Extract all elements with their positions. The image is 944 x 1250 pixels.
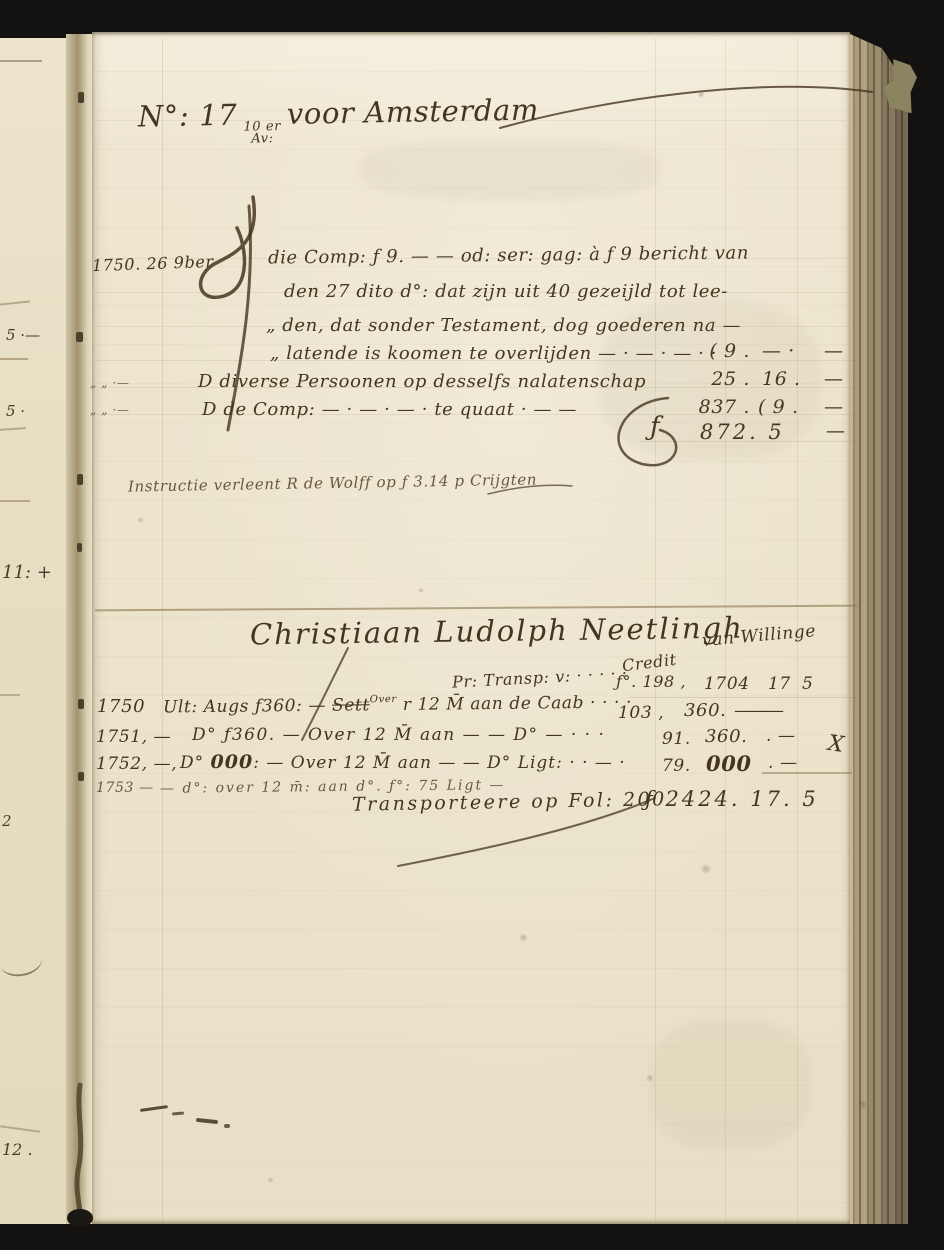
row-1752-desc-bold: 000 (211, 751, 254, 773)
transport-out-amount: ƒ 2424. 17. 5 (645, 787, 819, 811)
stain-spot (267, 1177, 274, 1183)
sliver-line (0, 694, 20, 696)
row-1750-desc1: Ult: Augs ƒ360: — (163, 696, 332, 718)
bleedthrough (600, 300, 820, 460)
sliver-fragment: 5 ·— (6, 326, 40, 344)
header-fraction: 10 erAv: (243, 121, 281, 146)
ink-smudge (224, 1124, 230, 1128)
row-1752-folio: 79. (662, 756, 691, 776)
row-1750-desc2: r 12 M̄ aan de Caab · · · · (397, 693, 633, 715)
row-1750-over-word: Over (370, 694, 397, 705)
row-1750-struck-word: Sett (332, 695, 370, 715)
sliver-line (0, 60, 42, 62)
row-1752-guilders: 000 (706, 751, 752, 776)
row-1752-desc-post: : — Over 12 M̄ aan — — D° Ligt: · · — · (253, 753, 625, 773)
stain-spot (137, 517, 144, 523)
account-title: Christiaan Ludolph Neetlingh (250, 611, 744, 652)
row-1750-folio: 103 , (618, 703, 664, 723)
binding-stitch (76, 332, 83, 342)
binding-stitch (77, 474, 83, 485)
row-transport-in-stuivers: 17 (768, 674, 791, 694)
header-number: N°: 17 (138, 98, 238, 134)
previous-page-sliver (0, 38, 66, 1224)
entry-line6: D de Comp: — · — · — · te quaat · — — (202, 399, 577, 420)
entry-total-dash: — (826, 420, 846, 442)
row-1751-date: 1751, — (96, 727, 171, 747)
amount-row-3-penningen: — (824, 396, 844, 418)
stain-spot (858, 1100, 868, 1109)
stain-spot (697, 91, 705, 98)
entry-margin-mark2: „ „ ·— (90, 403, 129, 417)
entry-line2: den 27 dito d°: dat zijn uit 40 gezeijld… (284, 281, 728, 302)
row-1751-desc: D° ƒ360. — Over 12 M̄ aan — — D° — · · · (192, 725, 605, 745)
entry-margin-mark1: „ „ ·— (90, 376, 129, 390)
margin-rule (162, 38, 163, 1222)
row-1752-desc: D° 000: — Over 12 M̄ aan — — D° Ligt: · … (180, 751, 626, 773)
row-1751-guilders: 360. (705, 726, 747, 747)
row-1750-date: 1750 (97, 696, 145, 717)
stain-spot (646, 1074, 654, 1082)
sliver-fragment: 5 · (6, 402, 25, 420)
binding-gutter (66, 34, 92, 1224)
sliver-line (0, 358, 28, 360)
amount-row-1-penningen: — (824, 340, 844, 362)
sliver-fragment: 12 . (2, 1140, 33, 1159)
bleedthrough (360, 140, 660, 200)
bleedthrough (650, 1020, 810, 1150)
binding-stitch (77, 543, 82, 552)
row-1752-date: 1752, —, (96, 754, 177, 774)
sliver-fragment: 11: + (2, 562, 52, 583)
row-1751-stuivers: . — (766, 726, 796, 746)
rule (630, 697, 856, 698)
row-1751-folio: 91. (662, 729, 691, 749)
entry-line5: D diverse Persoonen op desselfs nalatens… (198, 371, 646, 392)
ledger-scan: N°: 1710 erAv:voor Amsterdam 1750. 26 9b… (0, 0, 944, 1250)
row-1752-stuivers: . — (768, 753, 798, 773)
binding-stitch (78, 92, 84, 103)
row-transport-in-folio: ƒ°. 198 , (616, 672, 686, 691)
row-1750-dash: ——— (734, 700, 782, 721)
amount-row-2-penningen: — (824, 368, 844, 390)
stain-spot (519, 933, 528, 942)
header-place: voor Amsterdam (287, 93, 540, 131)
stain-spot (418, 588, 424, 593)
row-transport-in-penningen: 5 (802, 674, 813, 694)
row-1753-date: 1753 — (96, 780, 154, 796)
book-page-edges (850, 34, 908, 1224)
row-1752-desc-pre: D° (180, 753, 211, 773)
binding-stitch (78, 699, 84, 709)
binding-stitch (78, 772, 84, 781)
row-1750-guilders: 360. (684, 700, 726, 721)
sliver-fragment: 2 (2, 812, 12, 830)
stain-spot (700, 864, 712, 874)
row-transport-in-guilders: 1704 (704, 674, 750, 694)
row-1751-check-mark: X (826, 731, 846, 758)
sliver-line (0, 500, 30, 502)
